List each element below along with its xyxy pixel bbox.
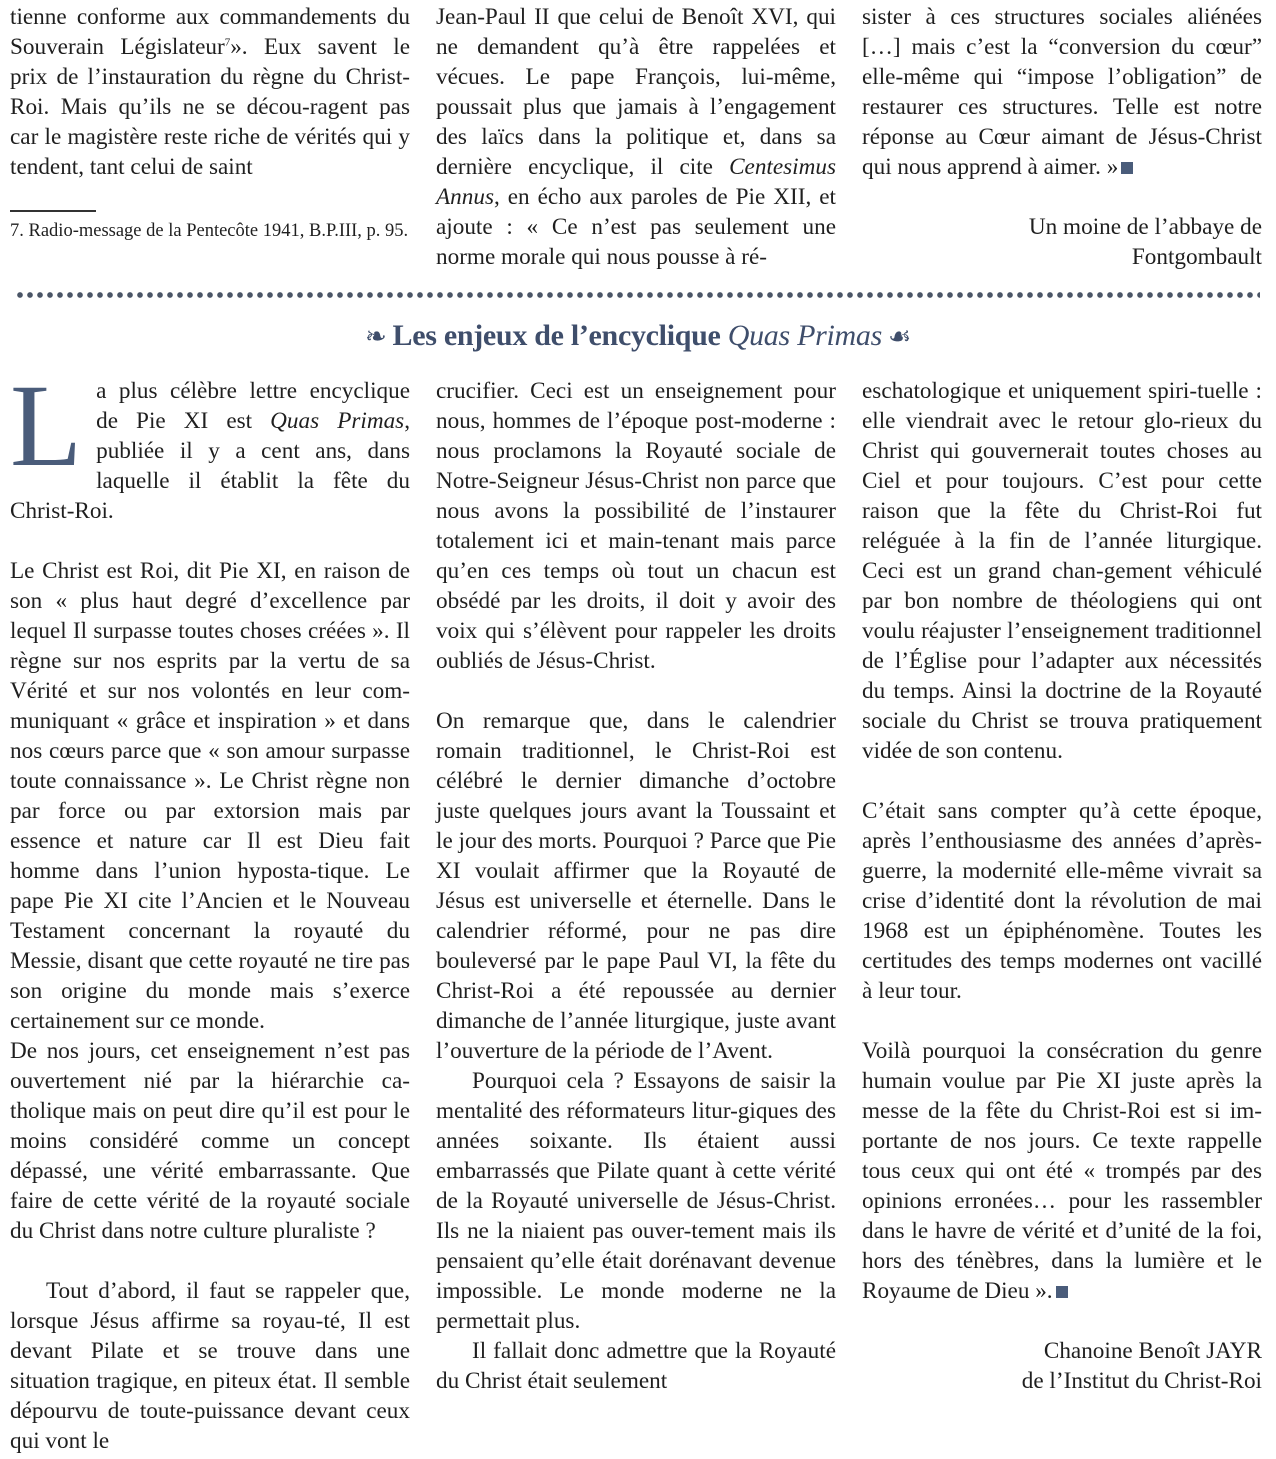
signature-line-1: Chanoine Benoît JAYR — [1044, 1338, 1262, 1364]
previous-article-column-2: Jean-Paul II que celui de Benoît XVI, qu… — [436, 2, 836, 272]
article-paragraph: Pourquoi cela ? Essayons de saisir la me… — [436, 1066, 836, 1336]
dotted-divider — [16, 291, 1260, 299]
signature: Un moine de l’abbaye de Fontgombault — [862, 212, 1262, 272]
article-column-2: crucifier. Ceci est un enseignement pour… — [436, 376, 836, 1396]
footnote-divider — [10, 210, 96, 212]
article-paragraph: crucifier. Ceci est un enseignement pour… — [436, 376, 836, 676]
title-italic: Quas Primas — [728, 319, 882, 352]
article-paragraph: On remarque que, dans le calendrier roma… — [436, 706, 836, 1066]
article-paragraph: eschatologique et uniquement spiri-tuell… — [862, 376, 1262, 766]
footnote: 7. Radio-message de la Pentecôte 1941, B… — [10, 218, 410, 244]
previous-article-column-1: tienne conforme aux commandements du Sou… — [10, 2, 410, 244]
text-run: Voilà pourquoi la consécration du genre … — [862, 1038, 1262, 1304]
article-paragraph: Tout d’abord, il faut se rappeler que, l… — [10, 1276, 410, 1456]
article-paragraph: Voilà pourquoi la consécration du genre … — [862, 1036, 1262, 1306]
previous-article-paragraph: Jean-Paul II que celui de Benoît XVI, qu… — [436, 2, 836, 272]
previous-article-paragraph: sister à ces structures sociales aliénée… — [862, 2, 1262, 182]
article-paragraph: C’était sans compter qu’à cette époque, … — [862, 796, 1262, 1006]
fleuron-left-icon: ❧ — [359, 322, 393, 351]
article-paragraph: Il fallait donc admettre que la Royauté … — [436, 1336, 836, 1396]
previous-article-paragraph: tienne conforme aux commandements du Sou… — [10, 2, 410, 182]
end-of-article-square-icon — [1121, 162, 1133, 174]
signature-line-2: Fontgombault — [1132, 244, 1262, 270]
text-run: sister à ces structures sociales aliénée… — [862, 4, 1262, 180]
article-column-3: eschatologique et uniquement spiri-tuell… — [862, 376, 1262, 1396]
article-paragraph: Le Christ est Roi, dit Pie XI, en raison… — [10, 556, 410, 1036]
article-paragraph: La plus célèbre lettre encyclique de Pie… — [10, 376, 410, 526]
signature-line-2: de l’Institut du Christ-Roi — [1022, 1368, 1262, 1394]
article-title: ❧Les enjeux de l’encyclique Quas Primas☙ — [0, 316, 1276, 357]
fleuron-right-icon: ☙ — [882, 322, 917, 351]
signature-line-1: Un moine de l’abbaye de — [1029, 214, 1262, 240]
title-text: Les enjeux de l’encyclique — [393, 319, 728, 352]
italic-title: Quas Primas — [270, 408, 404, 434]
end-of-article-square-icon — [1056, 1286, 1068, 1298]
previous-article-column-3: sister à ces structures sociales aliénée… — [862, 2, 1262, 272]
article-paragraph: De nos jours, cet enseignement n’est pas… — [10, 1036, 410, 1246]
text-run: , en écho aux paroles de Pie XII, et ajo… — [436, 184, 836, 270]
signature: Chanoine Benoît JAYR de l’Institut du Ch… — [862, 1336, 1262, 1396]
drop-cap: L — [10, 380, 82, 472]
article-column-1: La plus célèbre lettre encyclique de Pie… — [10, 376, 410, 1456]
